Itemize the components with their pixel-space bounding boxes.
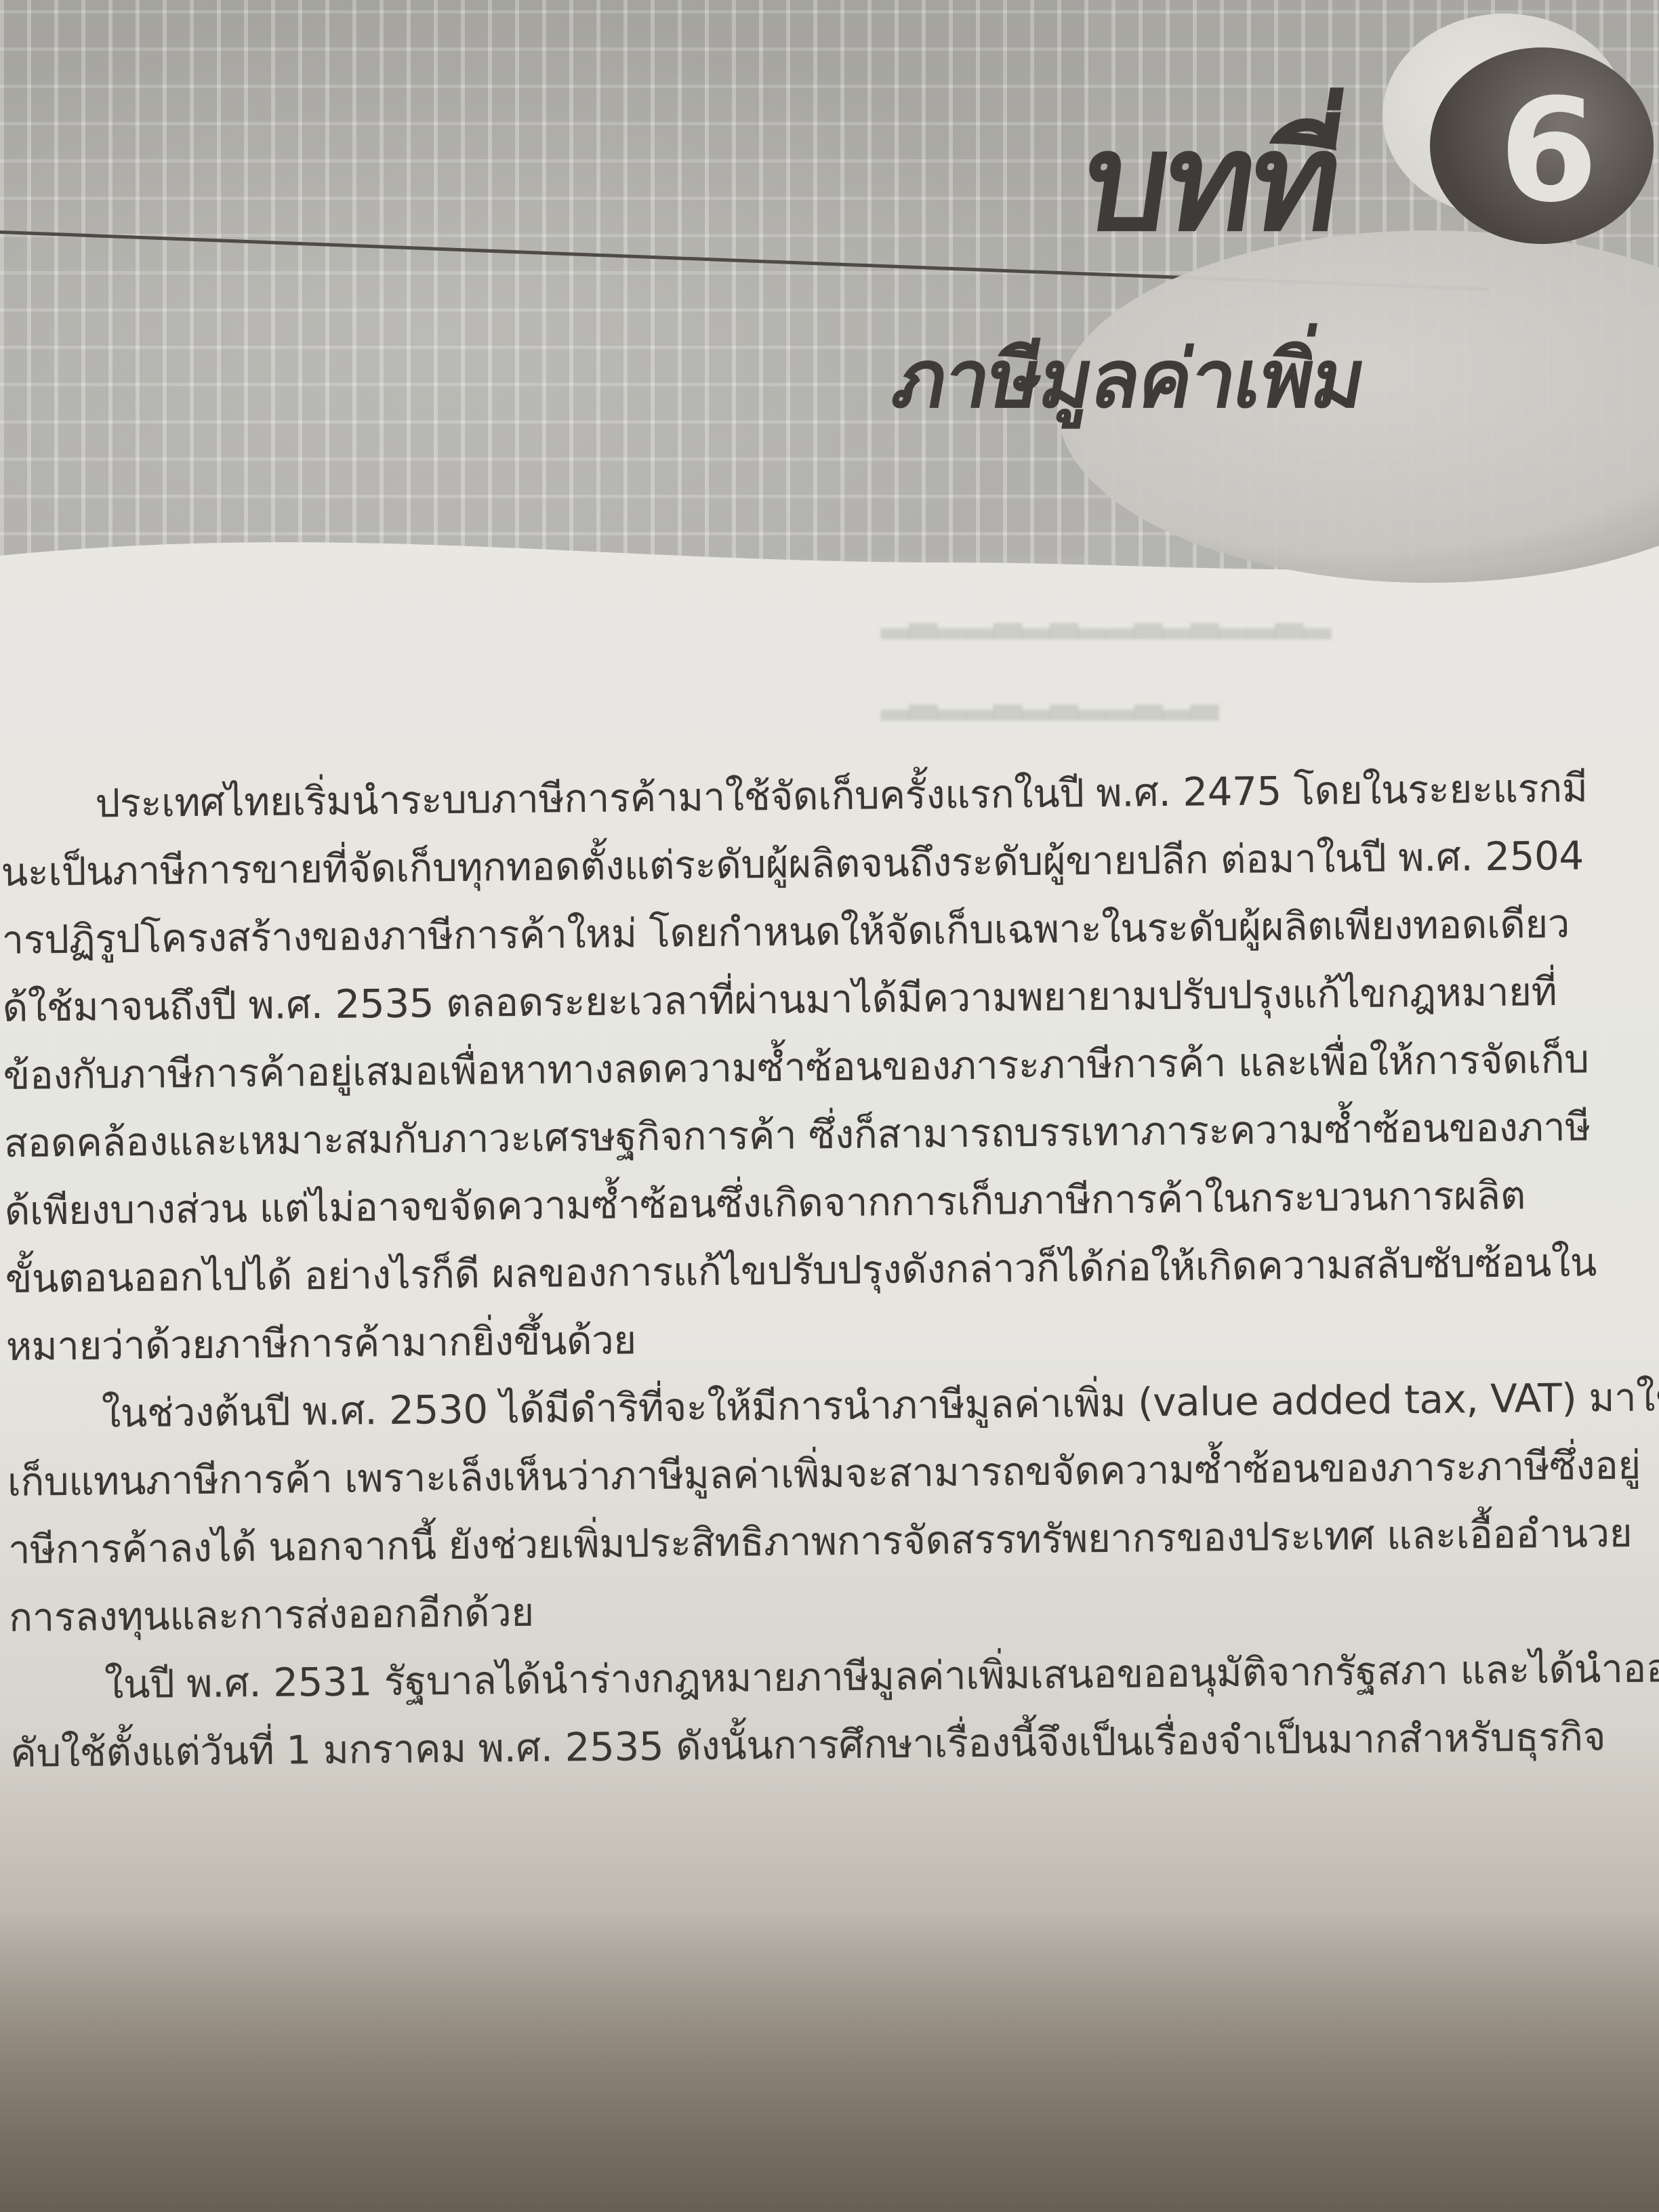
chapter-title: ภาษีมูลค่าเพิ่ม xyxy=(888,339,1372,419)
street-scene-photo xyxy=(0,0,1084,556)
bleed-through-text: ▂▃▂▂▃▂▃▂▂▃▂▃ xyxy=(881,678,1559,720)
bleed-through-text: ▂▃▂▂▃▂▃▂▂▃▂▃▂▂▃▂ xyxy=(881,596,1559,639)
chapter-label: บทที่ xyxy=(1075,115,1347,251)
chapter-number-badge: 6 xyxy=(1430,47,1654,244)
chapter-number: 6 xyxy=(1499,80,1598,222)
page-shadow xyxy=(0,1911,1659,2212)
book-page: 6 บทที่ ภาษีมูลค่าเพิ่ม ▂▃▂▂▃▂▃▂▂▃▂▃▂▂▃▂… xyxy=(0,0,1659,2212)
body-text: ประเทศไทยเริ่มนำระบบภาษีการค้ามาใช้จัดเก… xyxy=(0,755,1659,1789)
